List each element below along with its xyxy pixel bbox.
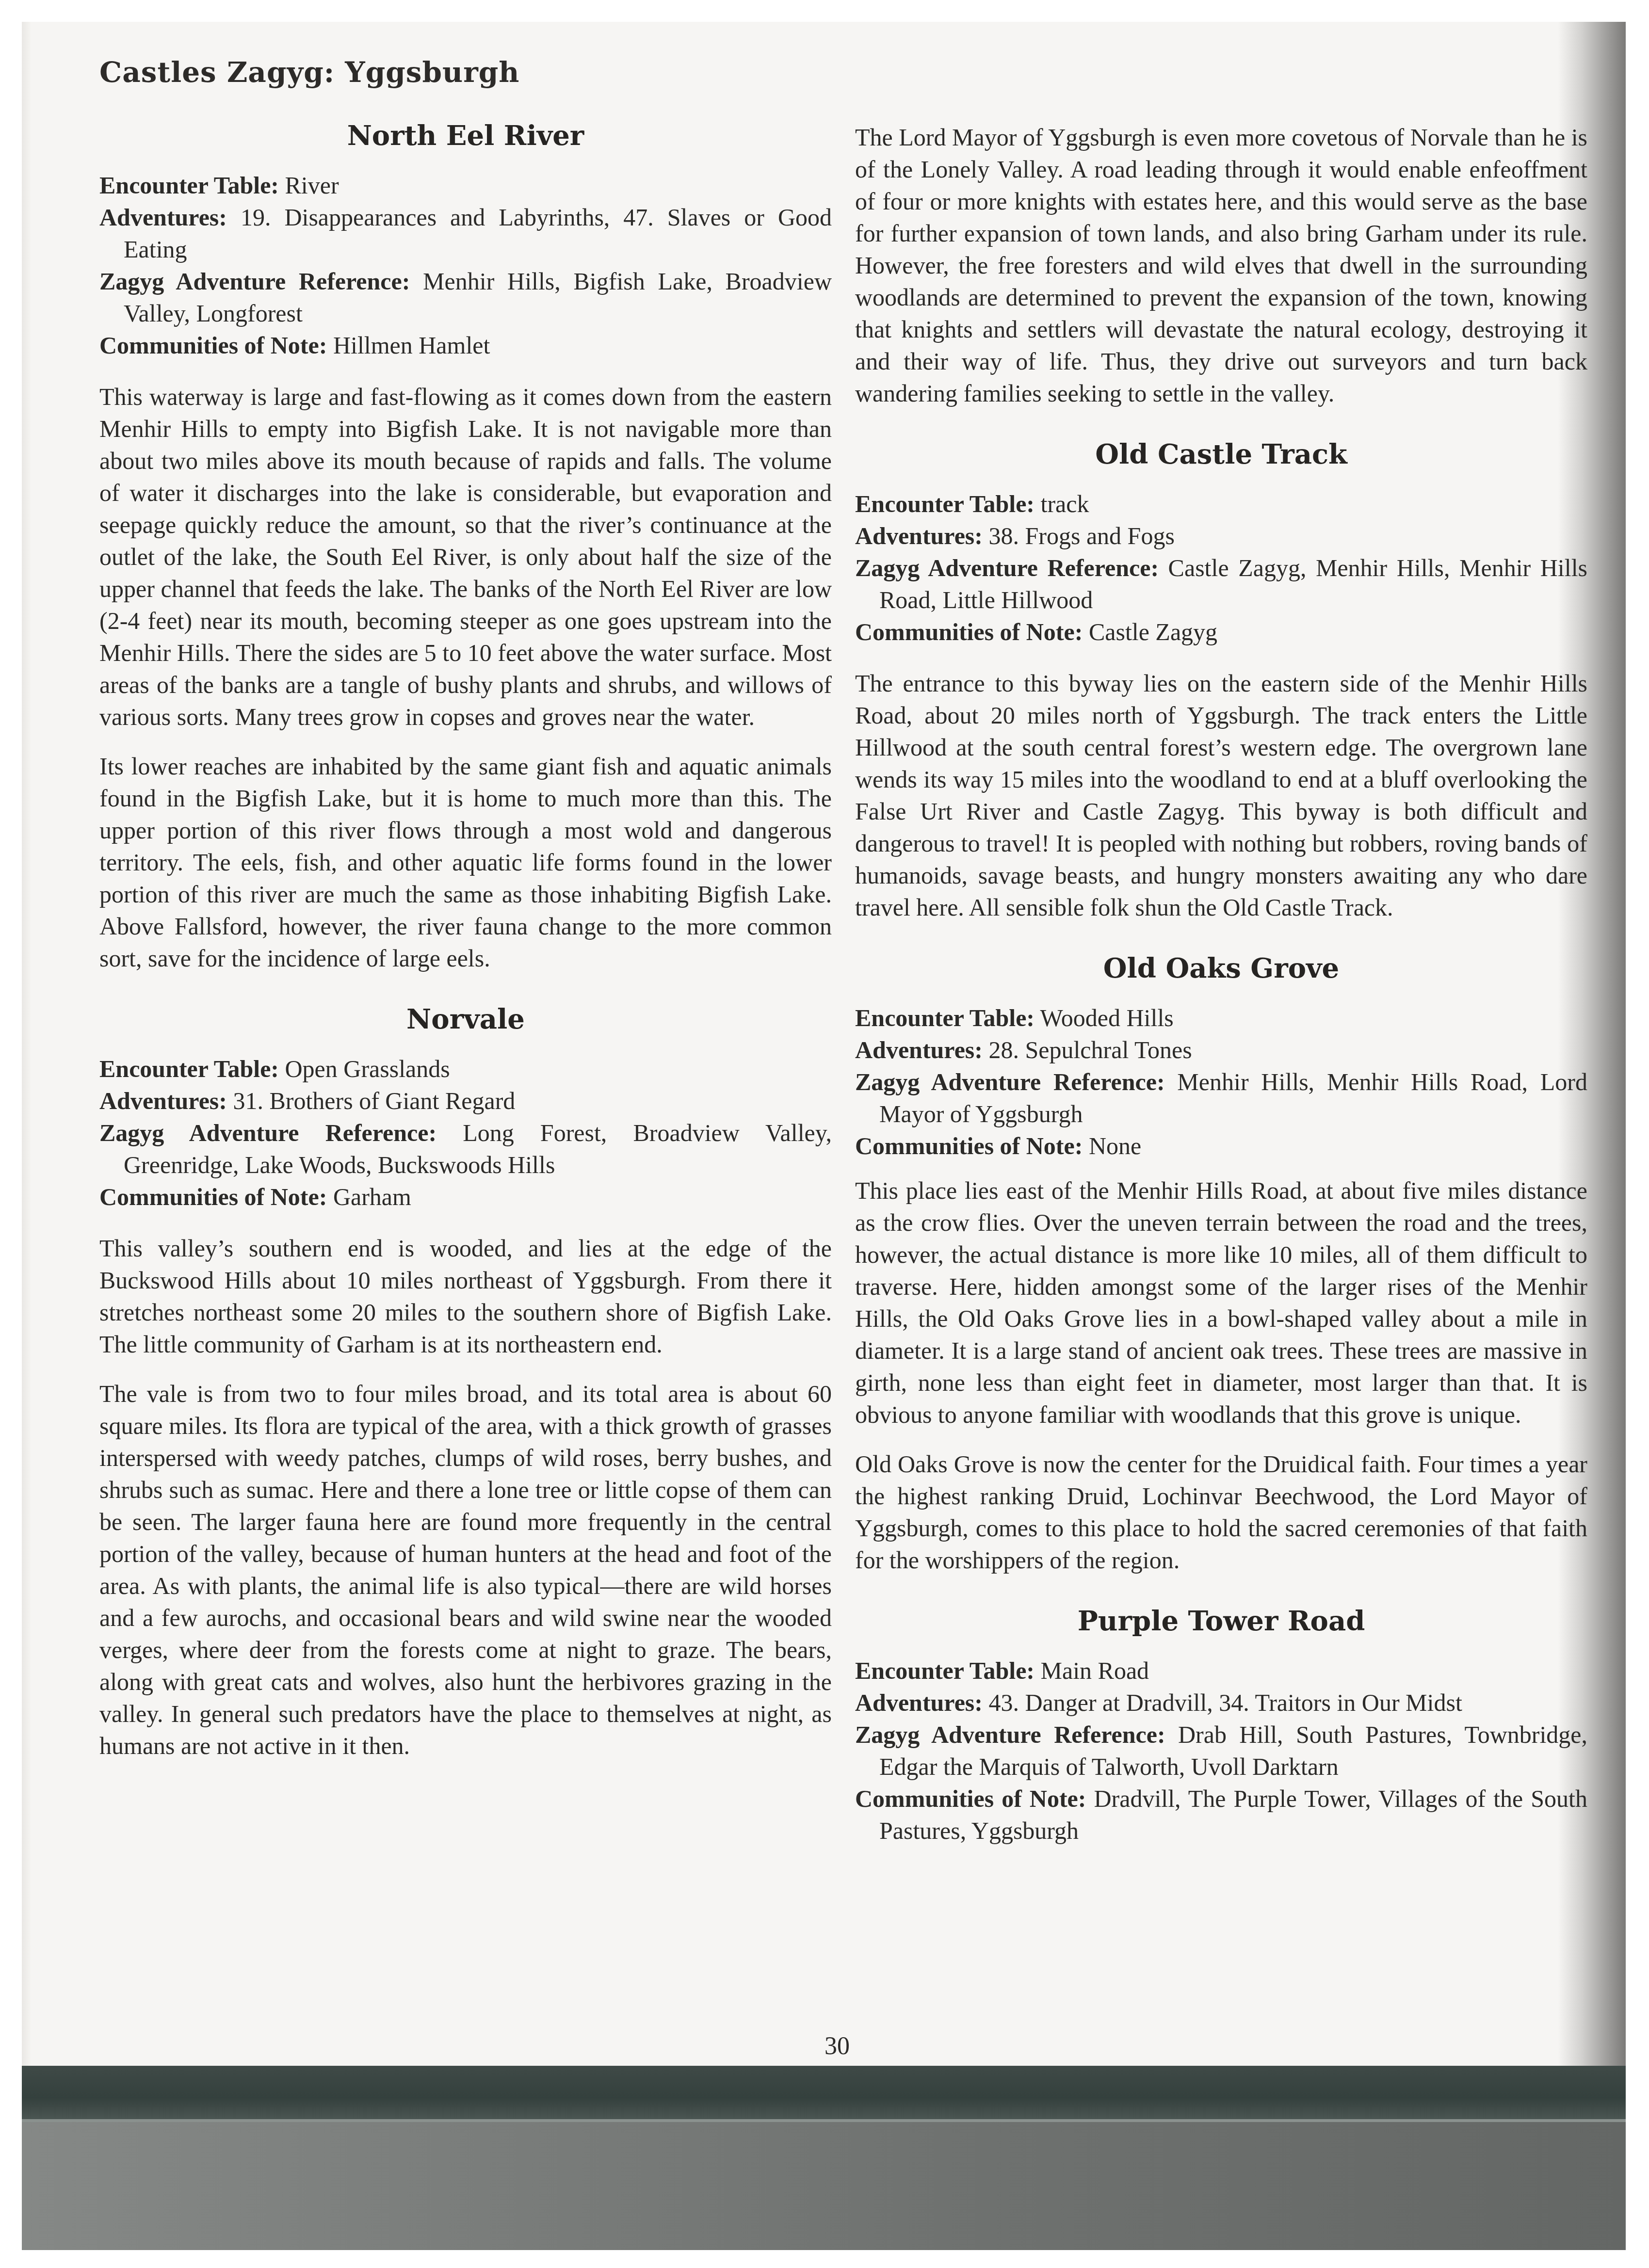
meta-label: Adventures: [99, 1087, 227, 1114]
meta-value: River [285, 172, 339, 199]
adventures-line: Adventures: 28. Sepulchral Tones [855, 1034, 1587, 1066]
meta-value: track [1041, 490, 1089, 517]
meta-label: Encounter Table: [99, 1055, 279, 1082]
meta-value: Castle Zagyg [1089, 618, 1217, 645]
body-paragraph: The vale is from two to four miles broad… [99, 1378, 832, 1762]
meta-value: 28. Sepulchral Tones [988, 1036, 1192, 1063]
meta-value: Open Grasslands [285, 1055, 450, 1082]
section-old-castle-track: Old Castle Track Encounter Table: track … [855, 437, 1587, 923]
zagyg-reference-line: Zagyg Adventure Reference: Long Forest, … [99, 1117, 832, 1181]
body-paragraph: This place lies east of the Menhir Hills… [855, 1174, 1587, 1431]
zagyg-reference-line: Zagyg Adventure Reference: Menhir Hills,… [99, 265, 832, 329]
communities-line: Communities of Note: Hillmen Hamlet [99, 329, 832, 361]
running-head: Castles Zagyg: Yggsburgh [99, 56, 519, 89]
meta-value: Wooded Hills [1040, 1004, 1174, 1031]
meta-value: Hillmen Hamlet [333, 332, 490, 359]
section-title: Norvale [99, 1002, 832, 1036]
body-paragraph: Its lower reaches are inhabited by the s… [99, 750, 832, 974]
meta-label: Encounter Table: [855, 1657, 1035, 1684]
adventures-line: Adventures: 38. Frogs and Fogs [855, 520, 1587, 552]
section-meta: Encounter Table: track Adventures: 38. F… [855, 488, 1587, 648]
section-norvale-continued: The Lord Mayor of Yggsburgh is even more… [855, 121, 1587, 409]
section-meta: Encounter Table: Main Road Adventures: 4… [855, 1655, 1587, 1847]
meta-label: Encounter Table: [99, 172, 279, 199]
page-number: 30 [824, 2032, 850, 2060]
meta-label: Zagyg Adventure Reference: [855, 1068, 1165, 1095]
communities-line: Communities of Note: Dradvill, The Purpl… [855, 1783, 1587, 1847]
meta-value: Main Road [1041, 1657, 1149, 1684]
scanned-page: Castles Zagyg: Yggsburgh North Eel River… [22, 22, 1626, 2250]
section-title: Old Castle Track [855, 437, 1587, 471]
meta-label: Communities of Note: [99, 1183, 327, 1210]
left-column: North Eel River Encounter Table: River A… [99, 119, 832, 1790]
encounter-table-line: Encounter Table: Open Grasslands [99, 1053, 832, 1085]
communities-line: Communities of Note: None [855, 1130, 1587, 1162]
meta-value: 43. Danger at Dradvill, 34. Traitors in … [988, 1689, 1462, 1716]
section-purple-tower-road: Purple Tower Road Encounter Table: Main … [855, 1604, 1587, 1847]
meta-label: Encounter Table: [855, 1004, 1035, 1031]
meta-label: Zagyg Adventure Reference: [855, 554, 1159, 581]
zagyg-reference-line: Zagyg Adventure Reference: Drab Hill, So… [855, 1719, 1587, 1783]
section-north-eel-river: North Eel River Encounter Table: River A… [99, 119, 832, 974]
adventures-line: Adventures: 31. Brothers of Giant Regard [99, 1085, 832, 1117]
zagyg-reference-line: Zagyg Adventure Reference: Castle Zagyg,… [855, 552, 1587, 616]
section-meta: Encounter Table: Wooded Hills Adventures… [855, 1002, 1587, 1162]
meta-label: Zagyg Adventure Reference: [99, 268, 410, 295]
scanner-bottom-band [22, 2066, 1626, 2250]
meta-label: Zagyg Adventure Reference: [855, 1721, 1165, 1748]
scanner-background [22, 2122, 1626, 2250]
meta-label: Adventures: [855, 1036, 983, 1063]
section-meta: Encounter Table: Open Grasslands Adventu… [99, 1053, 832, 1213]
page-edge [22, 22, 31, 2250]
communities-line: Communities of Note: Garham [99, 1181, 832, 1213]
meta-label: Encounter Table: [855, 490, 1035, 517]
meta-value: Garham [333, 1183, 411, 1210]
section-norvale: Norvale Encounter Table: Open Grasslands… [99, 1002, 832, 1762]
section-title: North Eel River [99, 119, 832, 153]
communities-line: Communities of Note: Castle Zagyg [855, 616, 1587, 648]
meta-label: Communities of Note: [855, 1785, 1086, 1812]
adventures-line: Adventures: 19. Disappearances and Labyr… [99, 201, 832, 265]
body-paragraph: This valley’s southern end is wooded, an… [99, 1232, 832, 1360]
encounter-table-line: Encounter Table: Main Road [855, 1655, 1587, 1687]
meta-value: 31. Brothers of Giant Regard [233, 1087, 515, 1114]
meta-value: None [1089, 1132, 1141, 1159]
adventures-line: Adventures: 43. Danger at Dradvill, 34. … [855, 1687, 1587, 1719]
body-paragraph: This waterway is large and fast-flowing … [99, 381, 832, 733]
meta-label: Communities of Note: [99, 332, 327, 359]
section-meta: Encounter Table: River Adventures: 19. D… [99, 169, 832, 361]
meta-label: Communities of Note: [855, 1132, 1083, 1159]
meta-label: Zagyg Adventure Reference: [99, 1119, 436, 1146]
meta-label: Communities of Note: [855, 618, 1083, 645]
body-paragraph: The Lord Mayor of Yggsburgh is even more… [855, 121, 1587, 409]
meta-value: 38. Frogs and Fogs [988, 522, 1174, 549]
meta-label: Adventures: [855, 1689, 983, 1716]
meta-value: 19. Disappearances and Labyrinths, 47. S… [124, 204, 832, 263]
encounter-table-line: Encounter Table: River [99, 169, 832, 201]
book-edge-band [22, 2066, 1626, 2122]
section-old-oaks-grove: Old Oaks Grove Encounter Table: Wooded H… [855, 951, 1587, 1576]
right-column: The Lord Mayor of Yggsburgh is even more… [855, 121, 1587, 1875]
meta-label: Adventures: [855, 522, 983, 549]
body-paragraph: Old Oaks Grove is now the center for the… [855, 1448, 1587, 1576]
encounter-table-line: Encounter Table: track [855, 488, 1587, 520]
meta-label: Adventures: [99, 204, 227, 231]
section-title: Old Oaks Grove [855, 951, 1587, 985]
body-paragraph: The entrance to this byway lies on the e… [855, 667, 1587, 923]
encounter-table-line: Encounter Table: Wooded Hills [855, 1002, 1587, 1034]
section-title: Purple Tower Road [855, 1604, 1587, 1638]
zagyg-reference-line: Zagyg Adventure Reference: Menhir Hills,… [855, 1066, 1587, 1130]
